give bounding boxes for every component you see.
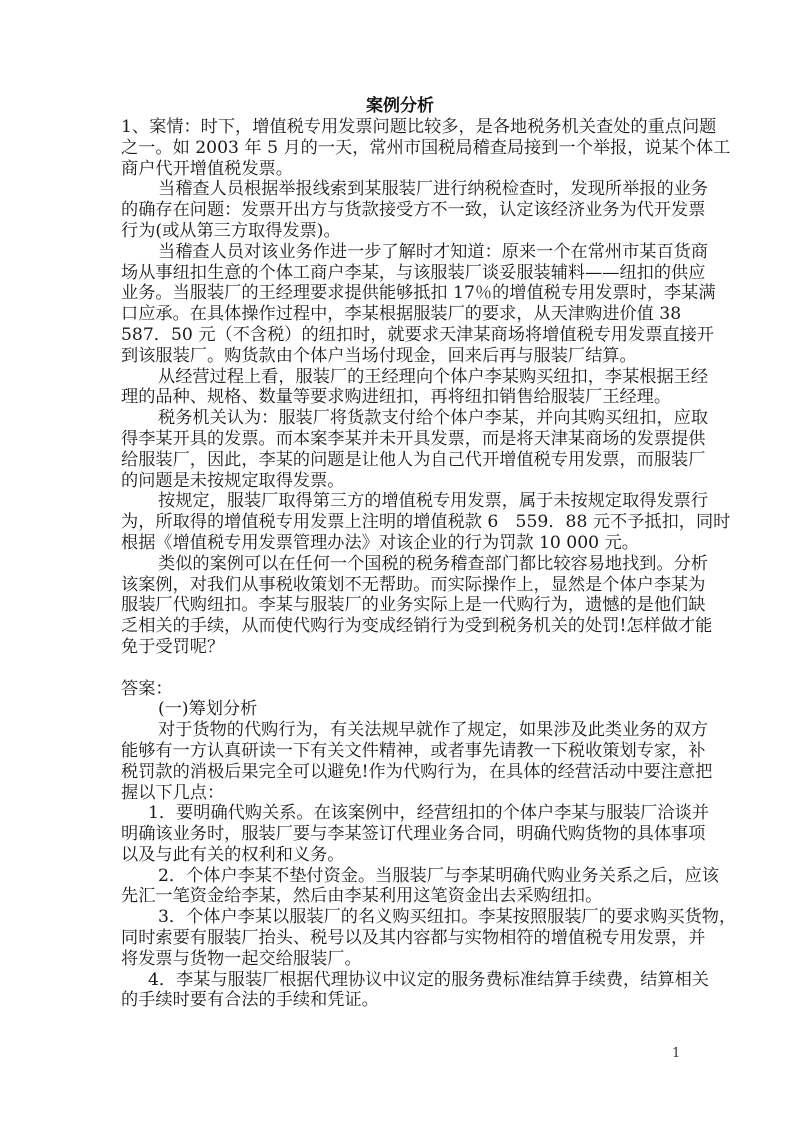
text-line: 到该服装厂。购货款由个体户当场付现金，回来后再与服装厂结算。 [121, 346, 681, 367]
text-line: 理的品种、规格、数量等要求购进纽扣，再将纽扣销售给服装厂王经理。 [121, 387, 681, 408]
list-item-4: 4．李某与服装厂根据代理协议中议定的服务费标准结算手续费，结算相关 [121, 970, 681, 991]
text-line: 税罚款的消极后果完全可以避免!作为代购行为，在具体的经营活动中要注意把 [121, 762, 681, 783]
text-line: 行为(或从第三方取得发票)。 [121, 221, 681, 242]
text-line: 得李某开具的发票。而本案李某并未开具发票，而是将天津某商场的发票提供 [121, 429, 681, 450]
text-line: 将发票与货物一起交给服装厂。 [121, 949, 681, 970]
text-line: 商户代开增值税发票。 [121, 159, 681, 180]
text-line: 同时索要有服装厂抬头、税号以及其内容都与实物相符的增值税专用发票，并 [121, 928, 681, 949]
document-title: 案例分析 [0, 95, 800, 117]
text-line: 按规定，服装厂取得第三方的增值税专用发票，属于未按规定取得发票行 [121, 491, 681, 512]
text-line: 握以下几点： [121, 783, 681, 804]
list-item-1: 1．要明确代购关系。在该案例中，经营纽扣的个体户李某与服装厂洽谈并 [121, 803, 681, 824]
blank-line [121, 658, 681, 679]
text-line: 给服装厂，因此，李某的问题是让他人为自己代开增值税专用发票，而服装厂 [121, 450, 681, 471]
answer-section: 答案： (一)筹划分析 对于货物的代购行为，有关法规早就作了规定，如果涉及此类业… [121, 679, 681, 1012]
text-line: 乏相关的手续，从而使代购行为变成经销行为受到税务机关的处罚!怎样做才能 [121, 616, 681, 637]
text-line: 之一。如 2003 年 5 月的一天，常州市国税局稽查局接到一个举报，说某个体工 [121, 138, 681, 159]
text-line: 业务。当服装厂的王经理要求提供能够抵扣 17％的增值税专用发票时，李某满 [121, 283, 681, 304]
text-line: 免于受罚呢？ [121, 637, 681, 658]
case-section: 1、案情：时下，增值税专用发票问题比较多，是各地税务机关查处的重点问题 之一。如… [121, 117, 681, 658]
text-line: 当稽查人员根据举报线索到某服装厂进行纳税检查时，发现所举报的业务 [121, 179, 681, 200]
list-item-3: 3．个体户李某以服装厂的名义购买纽扣。李某按照服装厂的要求购买货物， [121, 907, 681, 928]
text-line: 的问题是未按规定取得发票。 [121, 471, 681, 492]
text-line: 从经营过程上看，服装厂的王经理向个体户李某购买纽扣，李某根据王经 [121, 367, 681, 388]
text-line: 该案例，对我们从事税收策划不无帮助。而实际操作上，显然是个体户李某为 [121, 575, 681, 596]
page-number: 1 [672, 1046, 680, 1061]
text-line: 的确存在问题：发票开出方与货款接受方不一致，认定该经济业务为代开发票 [121, 200, 681, 221]
text-line: 场从事纽扣生意的个体工商户李某，与该服装厂谈妥服装辅料——纽扣的供应 [121, 263, 681, 284]
answer-label: 答案： [121, 679, 681, 700]
list-item-2: 2．个体户李某不垫付资金。当服装厂与李某明确代购业务关系之后，应该 [121, 866, 681, 887]
text-line: 类似的案例可以在任何一个国税的税务稽查部门都比较容易地找到。分析 [121, 554, 681, 575]
text-line: 服装厂代购纽扣。李某与服装厂的业务实际上是一代购行为，遗憾的是他们缺 [121, 595, 681, 616]
text-line: 根据《增值税专用发票管理办法》对该企业的行为罚款 10 000 元。 [121, 533, 681, 554]
text-line: 明确该业务时，服装厂要与李某签订代理业务合同，明确代购货物的具体事项 [121, 824, 681, 845]
document-body: 1、案情：时下，增值税专用发票问题比较多，是各地税务机关查处的重点问题 之一。如… [121, 117, 681, 1011]
text-line: 对于货物的代购行为，有关法规早就作了规定，如果涉及此类业务的双方 [121, 720, 681, 741]
text-line: 先汇一笔资金给李某，然后由李某利用这笔资金出去采购纽扣。 [121, 886, 681, 907]
text-line: 税务机关认为：服装厂将货款支付给个体户李某，并向其购买纽扣，应取 [121, 408, 681, 429]
text-line: 的手续时要有合法的手续和凭证。 [121, 990, 681, 1011]
text-line: 能够有一方认真研读一下有关文件精神，或者事先请教一下税收策划专家，补 [121, 741, 681, 762]
document-page: 案例分析 1、案情：时下，增值税专用发票问题比较多，是各地税务机关查处的重点问题… [0, 0, 800, 1132]
text-line: 587．50 元（不含税）的纽扣时，就要求天津某商场将增值税专用发票直接开 [121, 325, 681, 346]
text-line: 口应承。在具体操作过程中，李某根据服装厂的要求，从天津购进价值 38 [121, 304, 681, 325]
text-line: 1、案情：时下，增值税专用发票问题比较多，是各地税务机关查处的重点问题 [121, 117, 681, 138]
section-heading: (一)筹划分析 [121, 699, 681, 720]
text-line: 以及与此有关的权利和义务。 [121, 845, 681, 866]
text-line: 为，所取得的增值税专用发票上注明的增值税款 6 559．88 元不予抵扣，同时 [121, 512, 681, 533]
text-line: 当稽查人员对该业务作进一步了解时才知道：原来一个在常州市某百货商 [121, 242, 681, 263]
